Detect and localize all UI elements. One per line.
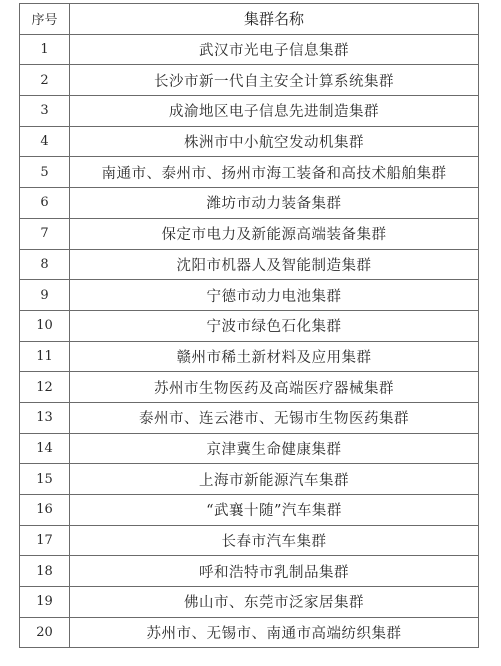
table-row: 14京津冀生命健康集群 [20, 433, 479, 464]
row-index: 7 [20, 218, 70, 249]
row-index: 20 [20, 617, 70, 648]
table-header-row: 序号 集群名称 [20, 4, 479, 35]
header-index: 序号 [20, 4, 70, 35]
table-body: 1武汉市光电子信息集群2长沙市新一代自主安全计算系统集群3成渝地区电子信息先进制… [20, 34, 479, 648]
row-index: 6 [20, 188, 70, 219]
cluster-name: 成渝地区电子信息先进制造集群 [70, 96, 479, 127]
cluster-name: 长沙市新一代自主安全计算系统集群 [70, 65, 479, 96]
table-row: 13泰州市、连云港市、无锡市生物医药集群 [20, 402, 479, 433]
table-row: 16“武襄十随”汽车集群 [20, 495, 479, 526]
row-index: 19 [20, 587, 70, 618]
table-row: 19佛山市、东莞市泛家居集群 [20, 587, 479, 618]
cluster-name: 上海市新能源汽车集群 [70, 464, 479, 495]
table-row: 15上海市新能源汽车集群 [20, 464, 479, 495]
table-row: 1武汉市光电子信息集群 [20, 34, 479, 65]
row-index: 10 [20, 310, 70, 341]
row-index: 16 [20, 495, 70, 526]
row-index: 15 [20, 464, 70, 495]
row-index: 2 [20, 65, 70, 96]
cluster-name: 武汉市光电子信息集群 [70, 34, 479, 65]
cluster-name: 株洲市中小航空发动机集群 [70, 126, 479, 157]
table-row: 11赣州市稀土新材料及应用集群 [20, 341, 479, 372]
row-index: 13 [20, 402, 70, 433]
table-row: 8沈阳市机器人及智能制造集群 [20, 249, 479, 280]
row-index: 3 [20, 96, 70, 127]
table-row: 5南通市、泰州市、扬州市海工装备和高技术船舶集群 [20, 157, 479, 188]
cluster-name: 长春市汽车集群 [70, 525, 479, 556]
cluster-name: 泰州市、连云港市、无锡市生物医药集群 [70, 402, 479, 433]
row-index: 1 [20, 34, 70, 65]
cluster-name: 沈阳市机器人及智能制造集群 [70, 249, 479, 280]
cluster-name: 潍坊市动力装备集群 [70, 188, 479, 219]
table-row: 9宁德市动力电池集群 [20, 280, 479, 311]
table-row: 6潍坊市动力装备集群 [20, 188, 479, 219]
cluster-name: 赣州市稀土新材料及应用集群 [70, 341, 479, 372]
row-index: 12 [20, 372, 70, 403]
row-index: 5 [20, 157, 70, 188]
table-row: 7保定市电力及新能源高端装备集群 [20, 218, 479, 249]
row-index: 11 [20, 341, 70, 372]
table-row: 18呼和浩特市乳制品集群 [20, 556, 479, 587]
cluster-name: 宁德市动力电池集群 [70, 280, 479, 311]
table-row: 17长春市汽车集群 [20, 525, 479, 556]
cluster-name: 京津冀生命健康集群 [70, 433, 479, 464]
table-row: 12苏州市生物医药及高端医疗器械集群 [20, 372, 479, 403]
table-row: 10宁波市绿色石化集群 [20, 310, 479, 341]
table-row: 4株洲市中小航空发动机集群 [20, 126, 479, 157]
table-row: 3成渝地区电子信息先进制造集群 [20, 96, 479, 127]
cluster-name: “武襄十随”汽车集群 [70, 495, 479, 526]
row-index: 17 [20, 525, 70, 556]
row-index: 8 [20, 249, 70, 280]
row-index: 18 [20, 556, 70, 587]
table-row: 2长沙市新一代自主安全计算系统集群 [20, 65, 479, 96]
cluster-name: 苏州市生物医药及高端医疗器械集群 [70, 372, 479, 403]
cluster-name: 呼和浩特市乳制品集群 [70, 556, 479, 587]
cluster-table: 序号 集群名称 1武汉市光电子信息集群2长沙市新一代自主安全计算系统集群3成渝地… [19, 3, 479, 648]
cluster-name: 佛山市、东莞市泛家居集群 [70, 587, 479, 618]
cluster-name: 宁波市绿色石化集群 [70, 310, 479, 341]
cluster-name: 苏州市、无锡市、南通市高端纺织集群 [70, 617, 479, 648]
row-index: 14 [20, 433, 70, 464]
table-row: 20苏州市、无锡市、南通市高端纺织集群 [20, 617, 479, 648]
row-index: 4 [20, 126, 70, 157]
header-name: 集群名称 [70, 4, 479, 35]
row-index: 9 [20, 280, 70, 311]
cluster-name: 南通市、泰州市、扬州市海工装备和高技术船舶集群 [70, 157, 479, 188]
cluster-name: 保定市电力及新能源高端装备集群 [70, 218, 479, 249]
